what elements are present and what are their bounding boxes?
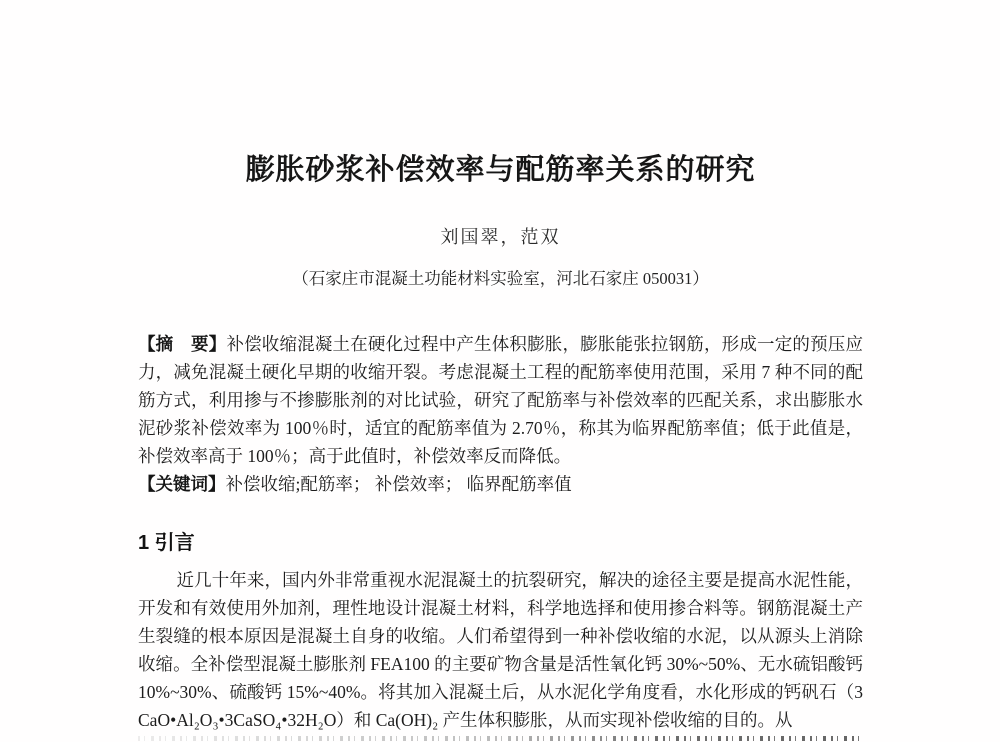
text-column: 膨胀砂浆补偿效率与配筋率关系的研究 刘国翠，范双 （石家庄市混凝土功能材料实验室… (138, 0, 863, 741)
keywords-line: 【关键词】补偿收缩;配筋率； 补偿效率； 临界配筋率值 (138, 470, 863, 498)
keywords-label: 【关键词】 (138, 474, 226, 494)
abstract-text: 补偿收缩混凝土在硬化过程中产生体积膨胀，膨胀能张拉钢筋，形成一定的预压应力，减免… (138, 334, 863, 466)
abstract-label: 【摘 要】 (138, 334, 226, 354)
paper-title: 膨胀砂浆补偿效率与配筋率关系的研究 (138, 0, 863, 188)
introduction-paragraph: 近几十年来，国内外非常重视水泥混凝土的抗裂研究，解决的途径主要是提高水泥性能，开… (138, 566, 863, 734)
bottom-clipped-text-line (138, 736, 863, 741)
keywords-text: 补偿收缩;配筋率； 补偿效率； 临界配筋率值 (226, 474, 572, 494)
authors-line: 刘国翠，范双 (138, 226, 863, 248)
section-1-heading: 1 引言 (138, 529, 863, 557)
abstract-paragraph: 【摘 要】补偿收缩混凝土在硬化过程中产生体积膨胀，膨胀能张拉钢筋，形成一定的预压… (138, 330, 863, 470)
affiliation-line: （石家庄市混凝土功能材料实验室，河北石家庄 050031） (138, 268, 863, 289)
scanned-paper-page: 膨胀砂浆补偿效率与配筋率关系的研究 刘国翠，范双 （石家庄市混凝土功能材料实验室… (0, 0, 1000, 742)
